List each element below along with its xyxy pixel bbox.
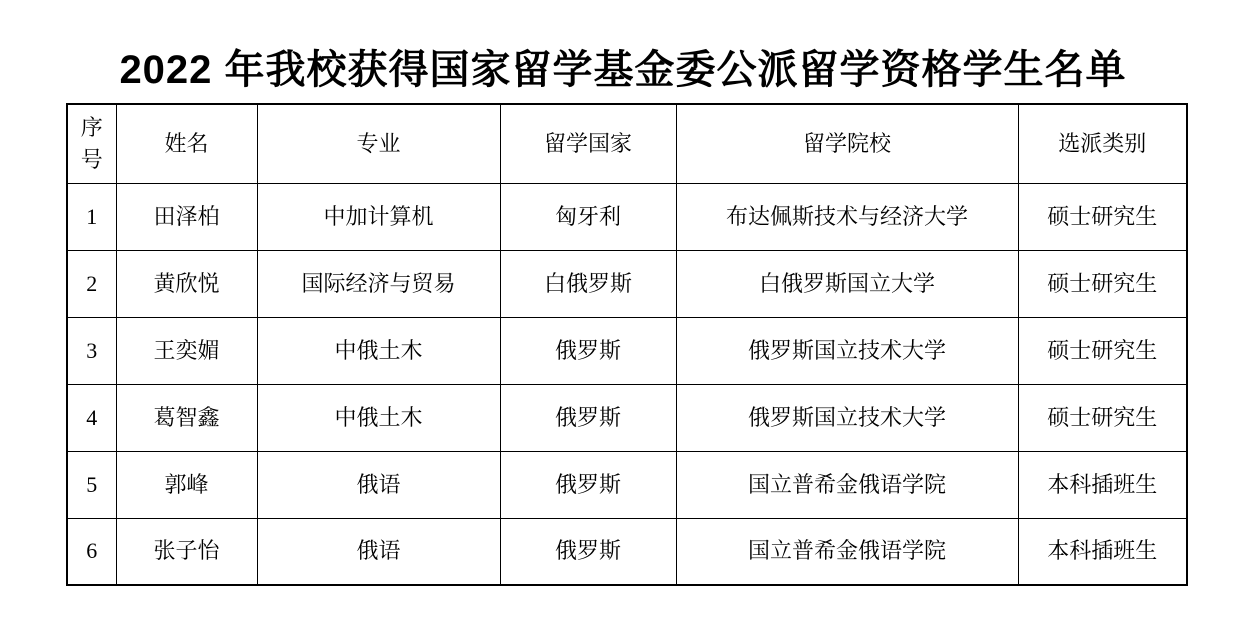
table-row: 4 葛智鑫 中俄土木 俄罗斯 俄罗斯国立技术大学 硕士研究生 xyxy=(67,384,1187,451)
cell-major: 国际经济与贸易 xyxy=(257,250,500,317)
cell-category: 硕士研究生 xyxy=(1018,183,1187,250)
cell-country: 俄罗斯 xyxy=(500,317,676,384)
column-header-category: 选派类别 xyxy=(1018,104,1187,183)
cell-institution: 俄罗斯国立技术大学 xyxy=(676,384,1018,451)
cell-major: 俄语 xyxy=(257,518,500,585)
cell-name: 王奕媚 xyxy=(116,317,257,384)
cell-name: 张子怡 xyxy=(116,518,257,585)
table-row: 1 田泽柏 中加计算机 匈牙利 布达佩斯技术与经济大学 硕士研究生 xyxy=(67,183,1187,250)
cell-major: 中俄土木 xyxy=(257,384,500,451)
table-row: 2 黄欣悦 国际经济与贸易 白俄罗斯 白俄罗斯国立大学 硕士研究生 xyxy=(67,250,1187,317)
column-header-country: 留学国家 xyxy=(500,104,676,183)
cell-index: 2 xyxy=(67,250,116,317)
students-table: 序号 姓名 专业 留学国家 留学院校 选派类别 1 田泽柏 中加计算机 匈牙利 … xyxy=(66,103,1188,586)
cell-category: 硕士研究生 xyxy=(1018,250,1187,317)
cell-country: 俄罗斯 xyxy=(500,384,676,451)
cell-major: 俄语 xyxy=(257,451,500,518)
cell-institution: 国立普希金俄语学院 xyxy=(676,451,1018,518)
column-header-institution: 留学院校 xyxy=(676,104,1018,183)
column-header-index: 序号 xyxy=(67,104,116,183)
cell-index: 5 xyxy=(67,451,116,518)
cell-institution: 白俄罗斯国立大学 xyxy=(676,250,1018,317)
table-row: 3 王奕媚 中俄土木 俄罗斯 俄罗斯国立技术大学 硕士研究生 xyxy=(67,317,1187,384)
cell-index: 4 xyxy=(67,384,116,451)
cell-name: 田泽柏 xyxy=(116,183,257,250)
header-row: 序号 姓名 专业 留学国家 留学院校 选派类别 xyxy=(67,104,1187,183)
cell-institution: 国立普希金俄语学院 xyxy=(676,518,1018,585)
cell-institution: 布达佩斯技术与经济大学 xyxy=(676,183,1018,250)
table-row: 5 郭峰 俄语 俄罗斯 国立普希金俄语学院 本科插班生 xyxy=(67,451,1187,518)
cell-country: 白俄罗斯 xyxy=(500,250,676,317)
cell-category: 本科插班生 xyxy=(1018,518,1187,585)
cell-category: 硕士研究生 xyxy=(1018,384,1187,451)
cell-country: 匈牙利 xyxy=(500,183,676,250)
page-title: 2022 年我校获得国家留学基金委公派留学资格学生名单 xyxy=(0,38,1246,95)
document-page: 2022 年我校获得国家留学基金委公派留学资格学生名单 序号 姓名 专业 留学国… xyxy=(0,0,1246,624)
cell-category: 本科插班生 xyxy=(1018,451,1187,518)
cell-index: 6 xyxy=(67,518,116,585)
cell-country: 俄罗斯 xyxy=(500,451,676,518)
cell-name: 黄欣悦 xyxy=(116,250,257,317)
cell-name: 郭峰 xyxy=(116,451,257,518)
cell-name: 葛智鑫 xyxy=(116,384,257,451)
cell-country: 俄罗斯 xyxy=(500,518,676,585)
cell-index: 3 xyxy=(67,317,116,384)
cell-major: 中加计算机 xyxy=(257,183,500,250)
column-header-major: 专业 xyxy=(257,104,500,183)
cell-major: 中俄土木 xyxy=(257,317,500,384)
cell-category: 硕士研究生 xyxy=(1018,317,1187,384)
table-row: 6 张子怡 俄语 俄罗斯 国立普希金俄语学院 本科插班生 xyxy=(67,518,1187,585)
cell-institution: 俄罗斯国立技术大学 xyxy=(676,317,1018,384)
column-header-name: 姓名 xyxy=(116,104,257,183)
cell-index: 1 xyxy=(67,183,116,250)
